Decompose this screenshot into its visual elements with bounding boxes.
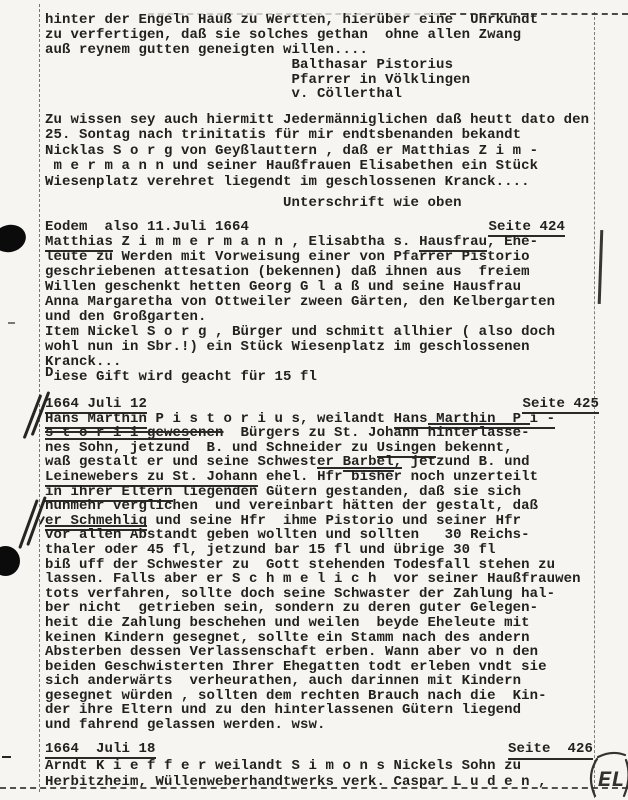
text-segment: auß reynem gutten geneigten willen.... [45, 42, 368, 58]
text-segment: Unterschrift wie oben [45, 195, 462, 211]
text-segment: und den Großgarten. [45, 309, 207, 325]
text-line: 1664 Juli 12Seite 425 [45, 397, 601, 412]
text-segment: Nicklas S o r g von Geyßlauttern , daß e… [45, 143, 538, 159]
text-segment: Anna Margaretha von Ottweiler zween Gärt… [45, 294, 555, 310]
text-line: sich anderwärts verheurathen, auch darin… [45, 674, 601, 689]
text-line: Arndt K i e f f e r weilandt S i m o n s… [45, 758, 601, 775]
pen-tick-left-margin [8, 322, 15, 324]
text-segment: iese Gift wird geacht für 15 fl [54, 369, 318, 385]
text-line: Absterben dessen Verlassenschaft erben. … [45, 645, 601, 660]
entry-sorg-donation: Zu wissen sey auch hiermitt Jedermännigl… [45, 113, 601, 190]
text-segment: Absterben dessen Verlassenschaft erben. … [45, 644, 538, 660]
text-segment: D [45, 365, 54, 381]
text-line: Herbitzheim, Wüllenweberhandtwerks verk.… [45, 774, 601, 791]
entry-seite-424: Eodem also 11.Juli 1664Seite 424Matthias… [45, 220, 601, 385]
text-line: 25. Sontag nach trinitatis für mir endts… [45, 128, 601, 143]
text-line: wohl nun in Sbr.!) ein Stück Wiesenplatz… [45, 340, 601, 355]
text-line: Matthias Z i m m e r m a n n , Elisabtha… [45, 235, 601, 250]
text-line: 1664 Juli 18Seite 426 [45, 741, 601, 758]
text-line: Nicklas S o r g von Geyßlauttern , daß e… [45, 144, 601, 159]
text-line: keinen Kindern gesegnet, sollte ein Stam… [45, 631, 601, 646]
hole-punch-mark-upper [0, 221, 29, 255]
text-segment: Bürgers zu St. Johann [224, 425, 428, 441]
text-line: nes Sohn, jetzund B. und Schneider zu Us… [45, 441, 601, 456]
scanned-document-page: hinter der Engeln Hauß zu Wertten, hierü… [0, 0, 628, 800]
text-line: Pfarrer in Völklingen [45, 73, 601, 88]
hole-punch-mark-lower [0, 546, 20, 576]
text-segment: Hfr bisher [317, 467, 402, 485]
text-segment: der ihre Eltern und zu den hinterlassene… [45, 702, 521, 718]
text-segment: Zu wissen sey auch hiermitt Jedermännigl… [45, 112, 589, 128]
text-line: thaler oder 45 fl, jetzund bar 15 fl und… [45, 543, 601, 558]
text-segment: thaler oder 45 fl, jetzund bar 15 fl und… [45, 542, 496, 558]
text-line: heit die Zahlung beschehen und weilen be… [45, 616, 601, 631]
text-segment: Balthasar Pistorius [45, 57, 453, 73]
text-segment: Arndt K i e f f e r weilandt S i m o n s… [45, 758, 521, 774]
text-segment: gesegnet würden , sollten dem rechten Br… [45, 688, 547, 704]
text-segment: B. und Schneider zu [190, 440, 377, 456]
text-segment: leute zu Werden mit Vorweisung einer von… [45, 249, 530, 265]
text-line: Eodem also 11.Juli 1664Seite 424 [45, 220, 601, 235]
text-segment: wohl nun in Sbr.!) ein Stück Wiesenplatz… [45, 339, 530, 355]
text-segment: Willen geschenkt hetten Georg G l a ß un… [45, 279, 521, 295]
text-segment: 1664 Juli 18 [45, 741, 156, 759]
text-segment: sich anderwärts verheurathen, auch darin… [45, 673, 521, 689]
text-segment: hinterlasse- [428, 423, 530, 441]
text-segment: waß gestalt er und seine Schwester [45, 454, 343, 470]
text-line: ber nicht getrieben sein, sondern zu der… [45, 601, 601, 616]
text-segment: tots verfahren, sollte doch seine Schwas… [45, 586, 555, 602]
text-line: vor allen Abstandt geben wollten und sol… [45, 528, 601, 543]
text-line: Zu wissen sey auch hiermitt Jedermännigl… [45, 113, 601, 128]
text-line: hinter der Engeln Hauß zu Wertten, hierü… [45, 13, 601, 28]
text-line: Unterschrift wie oben [45, 196, 601, 211]
entry-closing-paragraph: hinter der Engeln Hauß zu Wertten, hierü… [45, 13, 601, 102]
text-line: lassen. Falls aber er S c h m e l i c h … [45, 572, 601, 587]
text-line: Willen geschenkt hetten Georg G l a ß un… [45, 280, 601, 295]
text-line: auß reynem gutten geneigten willen.... [45, 43, 601, 58]
text-line: Item Nickel S o r g , Bürger und schmitt… [45, 325, 601, 340]
text-segment: ber nicht getrieben sein, sondern zu der… [45, 600, 538, 616]
text-segment: geschriebenen attesation (bekennen) daß … [45, 264, 530, 280]
text-segment: nes Sohn, jetzund [45, 438, 190, 456]
text-line: m e r m a n n und seiner Haußfrauen Elis… [45, 159, 601, 174]
el-handwritten-annotation: EL [583, 749, 628, 800]
text-line: und den Großgarten. [45, 310, 601, 325]
text-line: Leinewebers zu St. Johann ehel. Hfr bish… [45, 470, 601, 485]
text-line: Kranck... [45, 355, 601, 370]
text-segment: liegenden Gütern gestanden, daß sie sich [173, 484, 522, 500]
text-line: biß uff der Schwester zu Gott stehenden … [45, 558, 601, 573]
text-segment: , jetzund B. und [394, 454, 530, 470]
text-segment: Wiesenplatz verehret liegendt im geschlo… [45, 174, 530, 190]
el-annotation-text: EL [598, 768, 624, 793]
text-segment: , Ehe- [487, 234, 538, 250]
text-segment: und fahrend gelassen werden. wsw. [45, 717, 326, 733]
text-segment: biß uff der Schwester zu Gott stehenden … [45, 557, 555, 573]
text-segment: bekennt, [436, 440, 513, 456]
text-line: leute zu Werden mit Vorweisung einer von… [45, 250, 601, 265]
text-line: gesegnet würden , sollten dem rechten Br… [45, 689, 601, 704]
text-line: Balthasar Pistorius [45, 58, 601, 73]
text-segment: Eodem also 11.Juli 1664 [45, 219, 249, 235]
text-line: Diese Gift wird geacht für 15 fl [45, 370, 601, 385]
text-segment: v. Cöllerthal [45, 86, 402, 102]
entry-seite-425: 1664 Juli 12Seite 425Hans Marthin P i s … [45, 397, 601, 733]
text-segment: m e r m a n n und seiner Haußfrauen Elis… [45, 158, 538, 174]
text-segment: beiden Geschwisterten Ihrer Ehegatten to… [45, 659, 547, 675]
text-segment: vor allen Ab [45, 525, 147, 543]
text-line: zu verfertigen, daß sie solches gethan o… [45, 28, 601, 43]
text-segment: noch unzerteilt [402, 469, 538, 485]
entry-unterschrift: Unterschrift wie oben [45, 196, 601, 211]
text-line: nunmehr verglichen und vereinbart hätten… [45, 499, 601, 514]
text-segment: ehel. [258, 469, 318, 485]
text-segment: Herbitzheim, Wüllenweberhandtwerks verk.… [45, 774, 547, 790]
text-segment: heit die Zahlung beschehen und weilen be… [45, 615, 530, 631]
text-line: und fahrend gelassen werden. wsw. [45, 718, 601, 733]
text-segment: standt geben wollten und sollten 30 Reic… [147, 527, 530, 543]
text-segment: nunmehr verglichen und vereinbart hätten… [45, 498, 538, 514]
text-segment: Kranck... [45, 354, 122, 370]
entry-seite-426: 1664 Juli 18Seite 426Arndt K i e f f e r… [45, 741, 601, 791]
text-line: beiden Geschwisterten Ihrer Ehegatten to… [45, 660, 601, 675]
text-line: Wiesenplatz verehret liegendt im geschlo… [45, 175, 601, 190]
text-segment: zu verfertigen, daß sie solches gethan o… [45, 27, 521, 43]
pen-tick-left-margin [2, 756, 11, 758]
text-segment: 25. Sontag nach trinitatis für mir endts… [45, 127, 521, 143]
text-line: Anna Margaretha von Ottweiler zween Gärt… [45, 295, 601, 310]
text-line: der ihre Eltern und zu den hinterlassene… [45, 703, 601, 718]
text-line: tots verfahren, sollte doch seine Schwas… [45, 587, 601, 602]
text-line: v. Cöllerthal [45, 87, 601, 102]
text-line: in ihrer Eltern liegenden Gütern gestand… [45, 485, 601, 500]
text-segment: lassen. Falls aber er S c h m e l i c h … [45, 571, 581, 587]
text-segment: keinen Kindern gesegnet, sollte ein Stam… [45, 630, 530, 646]
text-segment: Pfarrer in Völklingen [45, 72, 470, 88]
text-segment: hinter der Engeln Hauß zu Wertten, hierü… [45, 12, 538, 28]
text-segment: Item Nickel S o r g , Bürger und schmitt… [45, 324, 555, 340]
text-segment: Z i m m e r m a n n , Elisabtha s. [113, 234, 419, 250]
text-line: geschriebenen attesation (bekennen) daß … [45, 265, 601, 280]
